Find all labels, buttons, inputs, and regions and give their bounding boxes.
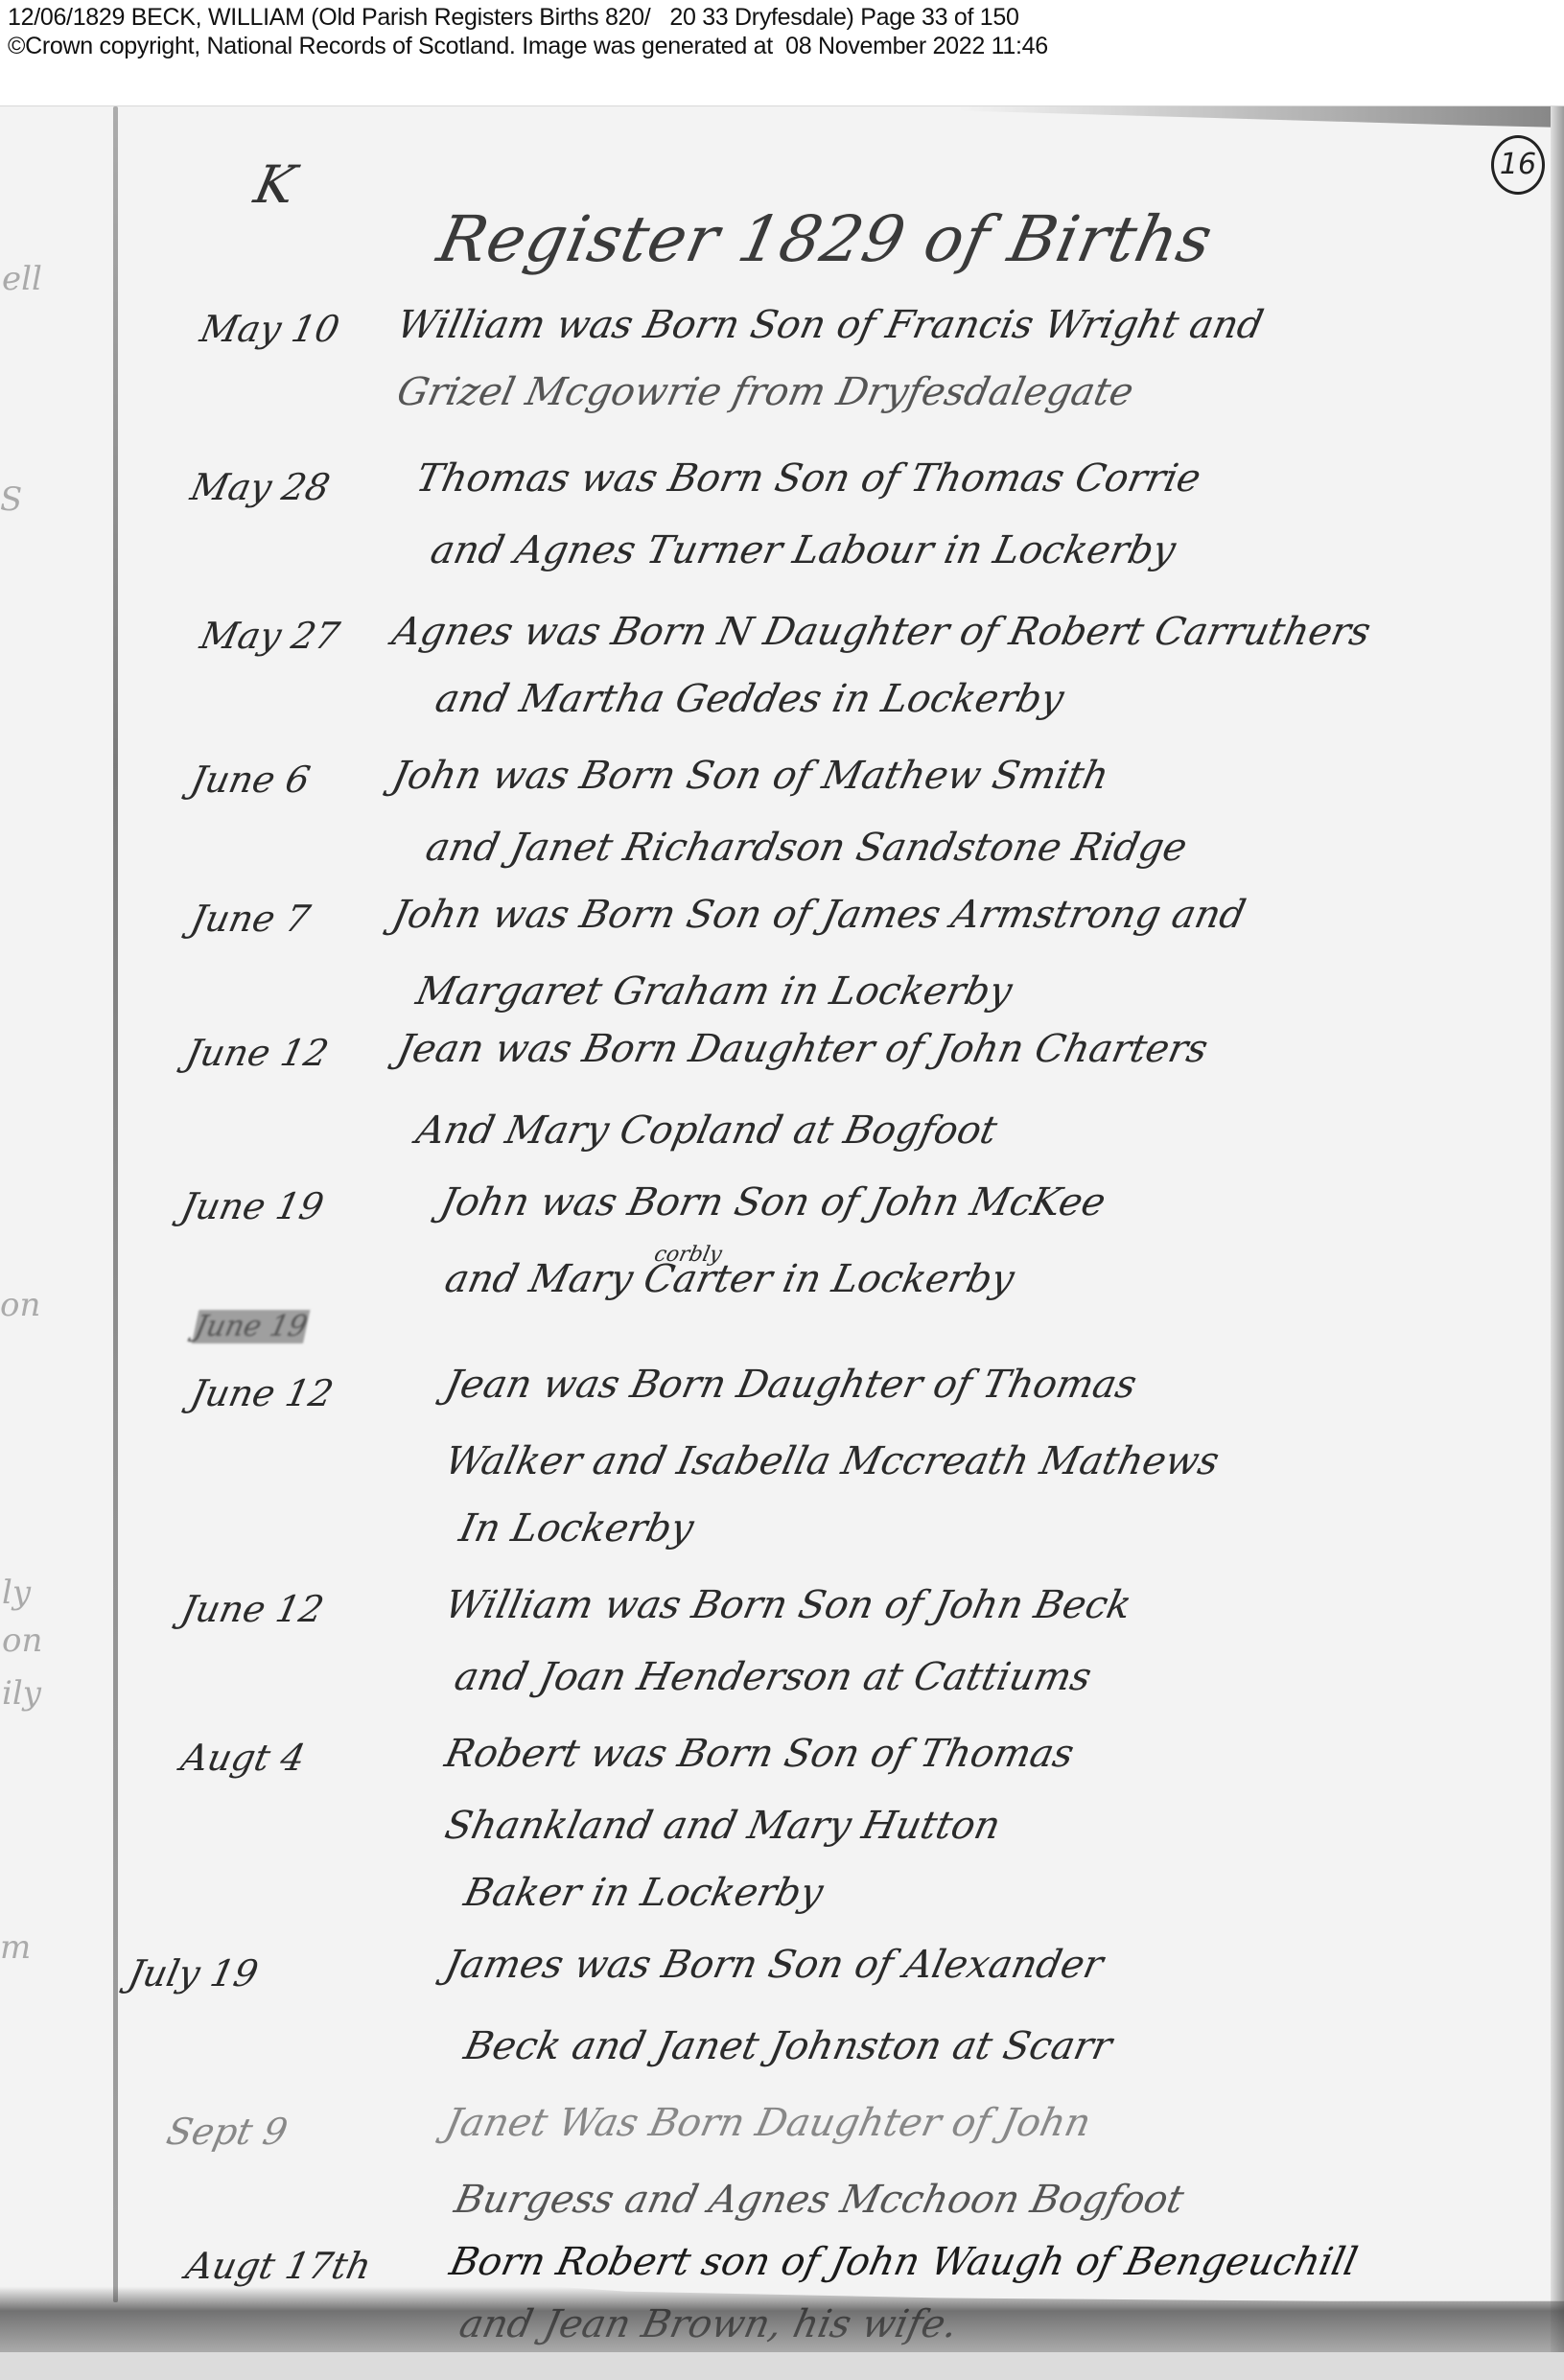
entry-line: John was Born Son of Mathew Smith bbox=[388, 754, 1112, 798]
entry-line: William was Born Son of John Beck bbox=[441, 1583, 1135, 1627]
entry-line: Beck and Janet Johnston at Scarr bbox=[460, 2024, 1116, 2068]
entry-line: James was Born Son of Alexander bbox=[441, 1943, 1107, 1987]
entry-date: May 28 bbox=[187, 466, 334, 508]
entry-line: Born Robert son of John Waugh of Bengeuc… bbox=[446, 2240, 1362, 2284]
previous-page-fragment: ily bbox=[2, 1674, 41, 1713]
entry-date: June 12 bbox=[182, 1032, 332, 1074]
entry-date: May 10 bbox=[197, 308, 343, 350]
entry-line: Walker and Isabella Mccreath Mathews bbox=[441, 1439, 1223, 1483]
previous-page-fragment: S bbox=[0, 480, 22, 519]
viewer-bottom-band bbox=[0, 2352, 1564, 2380]
copyright-notice: ©Crown copyright, National Records of Sc… bbox=[8, 33, 1048, 60]
entry-date: June 12 bbox=[177, 1588, 327, 1630]
previous-page-fragment: m bbox=[0, 1928, 31, 1967]
entry-date: July 19 bbox=[125, 1952, 262, 1995]
entry-date: June 7 bbox=[187, 898, 314, 940]
record-citation: 12/06/1829 BECK, WILLIAM (Old Parish Reg… bbox=[8, 4, 1019, 32]
entry-line: and Janet Richardson Sandstone Ridge bbox=[422, 826, 1191, 870]
previous-page-fragment: on bbox=[2, 1622, 42, 1660]
entry-line: John was Born Son of James Armstrong and bbox=[388, 893, 1249, 937]
entry-line: Burgess and Agnes Mcchoon Bogfoot bbox=[451, 2178, 1187, 2222]
previous-page-fragment: ell bbox=[2, 260, 42, 298]
entry-date: Sept 9 bbox=[163, 2111, 292, 2153]
entry-line: Grizel Mcgowrie from Dryfesdalegate bbox=[393, 370, 1137, 414]
page-number-circled: 16 bbox=[1491, 135, 1545, 195]
entry-line: Jean was Born Daughter of Thomas bbox=[441, 1363, 1140, 1407]
struck-date: June 19 bbox=[192, 1310, 311, 1343]
folio-mark: K bbox=[249, 154, 301, 215]
entry-line: Robert was Born Son of Thomas bbox=[441, 1732, 1078, 1776]
previous-page-fragment: ly bbox=[2, 1574, 31, 1612]
entry-line: and Joan Henderson at Cattiums bbox=[451, 1655, 1095, 1699]
entry-line: Jean was Born Daughter of John Charters bbox=[393, 1027, 1212, 1071]
page-right-edge bbox=[1551, 106, 1564, 2353]
entry-date: June 19 bbox=[177, 1185, 327, 1227]
entry-date: May 27 bbox=[197, 615, 343, 657]
entry-line: John was Born Son of John McKee bbox=[436, 1180, 1109, 1225]
entry-line: Baker in Lockerby bbox=[460, 1871, 827, 1915]
entry-line: and Agnes Turner Labour in Lockerby bbox=[427, 528, 1179, 572]
entry-line: And Mary Copland at Bogfoot bbox=[412, 1108, 1001, 1153]
entry-line: Shankland and Mary Hutton bbox=[441, 1804, 1004, 1848]
entry-line: Margaret Graham in Lockerby bbox=[412, 969, 1015, 1014]
binding-line bbox=[113, 106, 118, 2302]
entry-line: Thomas was Born Son of Thomas Corrie bbox=[412, 456, 1204, 501]
page-edge-shadow bbox=[959, 106, 1564, 128]
register-title: Register 1829 of Births bbox=[432, 202, 1220, 276]
entry-line: and Mary Carter in Lockerby bbox=[441, 1257, 1018, 1301]
entry-line: William was Born Son of Francis Wright a… bbox=[393, 303, 1267, 347]
entry-line: Janet Was Born Daughter of John bbox=[441, 2101, 1095, 2145]
entry-line: Agnes was Born N Daughter of Robert Carr… bbox=[388, 610, 1374, 654]
entry-date: June 6 bbox=[187, 758, 314, 801]
entry-date: June 12 bbox=[187, 1372, 337, 1414]
entry-date: Augt 4 bbox=[177, 1737, 309, 1779]
entry-line: and Martha Geddes in Lockerby bbox=[432, 677, 1067, 721]
record-header: 12/06/1829 BECK, WILLIAM (Old Parish Reg… bbox=[0, 0, 1564, 105]
scanned-register-page: ell S on ly on ily m K 16 Register 1829 … bbox=[0, 105, 1564, 2353]
previous-page-fragment: on bbox=[0, 1286, 40, 1324]
entry-line: In Lockerby bbox=[455, 1506, 697, 1551]
